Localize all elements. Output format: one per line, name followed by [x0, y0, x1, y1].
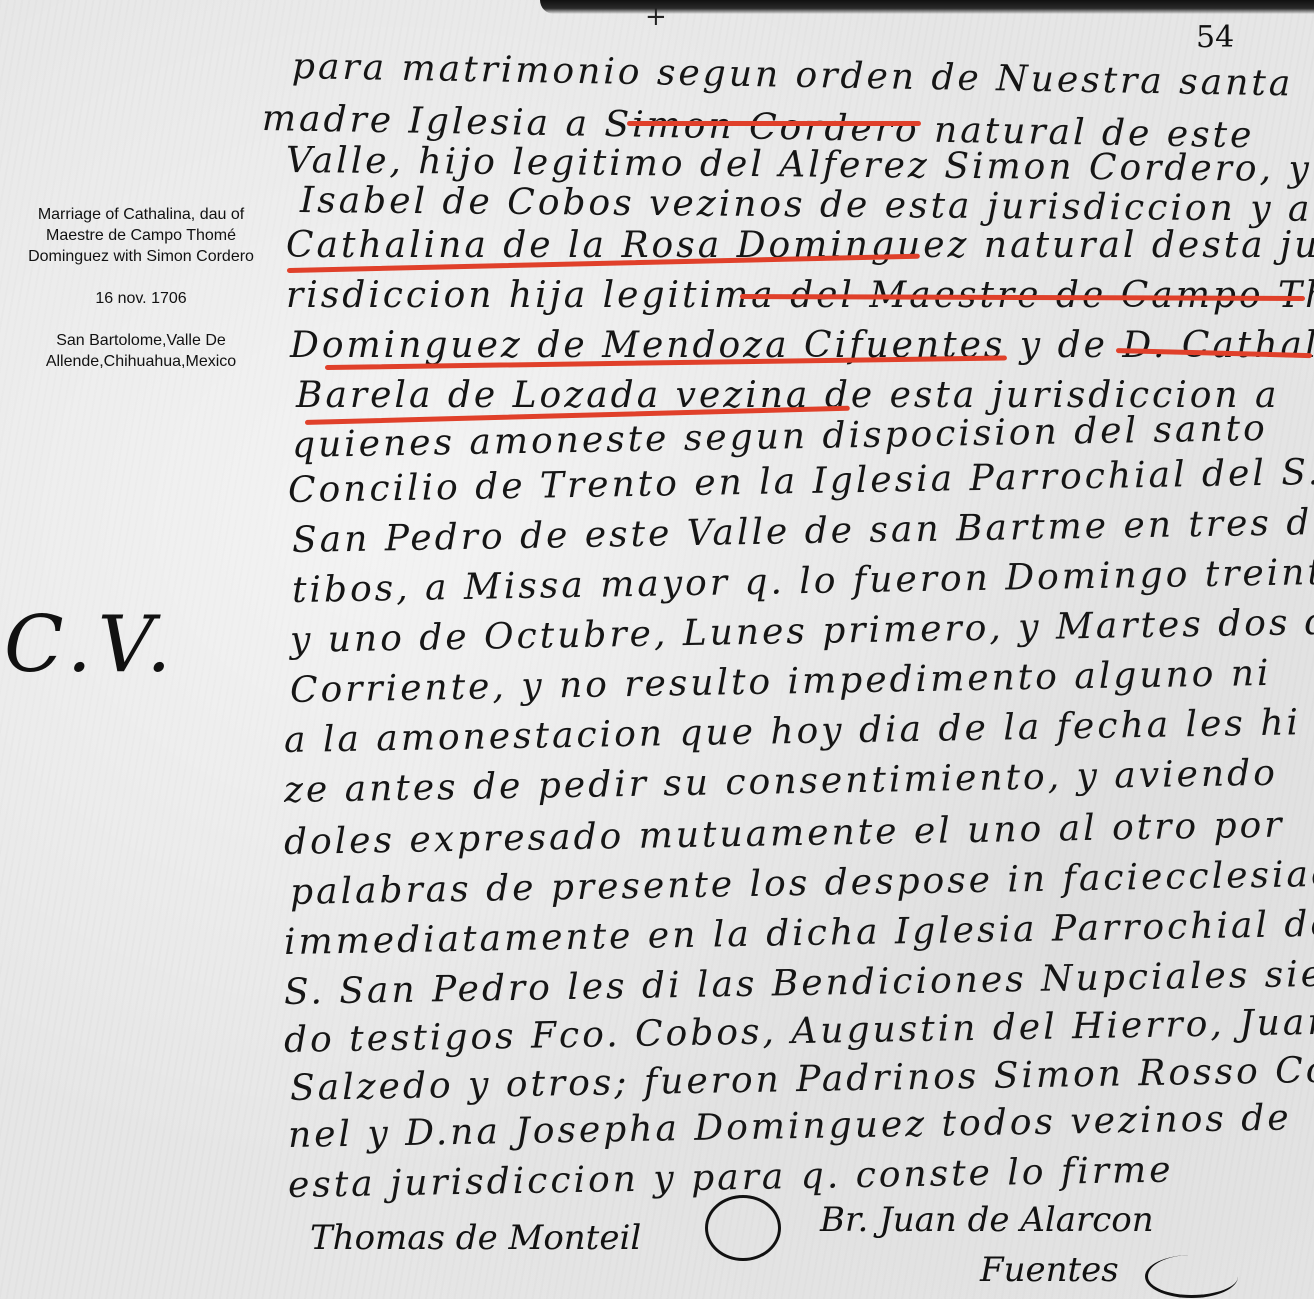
manuscript-line: Corriente, y no resulto impedimento algu… — [290, 653, 1272, 711]
signature-flourish-icon — [1145, 1255, 1238, 1298]
scanned-document-page: Marriage of Cathalina, dau of Maestre de… — [0, 0, 1314, 1299]
manuscript-line: immediatamente en la dicha Iglesia Parro… — [284, 903, 1314, 963]
manuscript-line: a la amonestacion que hoy dia de la fech… — [284, 702, 1302, 761]
signature-juan-de-alarcon: Br. Juan de Alarcon — [820, 1200, 1154, 1240]
signature-fuentes: Fuentes — [980, 1250, 1119, 1290]
signature-thomas-de-monteil: Thomas de Monteil — [310, 1218, 641, 1258]
manuscript-line: Isabel de Cobos vezinos de esta jurisdic… — [300, 180, 1313, 230]
manuscript-text: para matrimonio segun orden de Nuestra s… — [0, 0, 1314, 1299]
manuscript-line: ze antes de pedir su consentimiento, y a… — [284, 753, 1279, 811]
manuscript-line: tibos, a Missa mayor q. lo fueron Doming… — [292, 552, 1314, 611]
manuscript-line: y uno de Octubre, Lunes primero, y Marte… — [290, 601, 1314, 661]
underline-simon-cordero — [627, 121, 921, 126]
manuscript-line: doles expresado mutuamente el uno al otr… — [284, 805, 1285, 863]
manuscript-line: para matrimonio segun orden de Nuestra s… — [292, 46, 1294, 104]
manuscript-line: San Pedro de este Valle de san Bartme en… — [292, 501, 1314, 561]
manuscript-line: palabras de presente los despose in faci… — [290, 851, 1314, 913]
signature-flourish-icon — [705, 1195, 781, 1261]
